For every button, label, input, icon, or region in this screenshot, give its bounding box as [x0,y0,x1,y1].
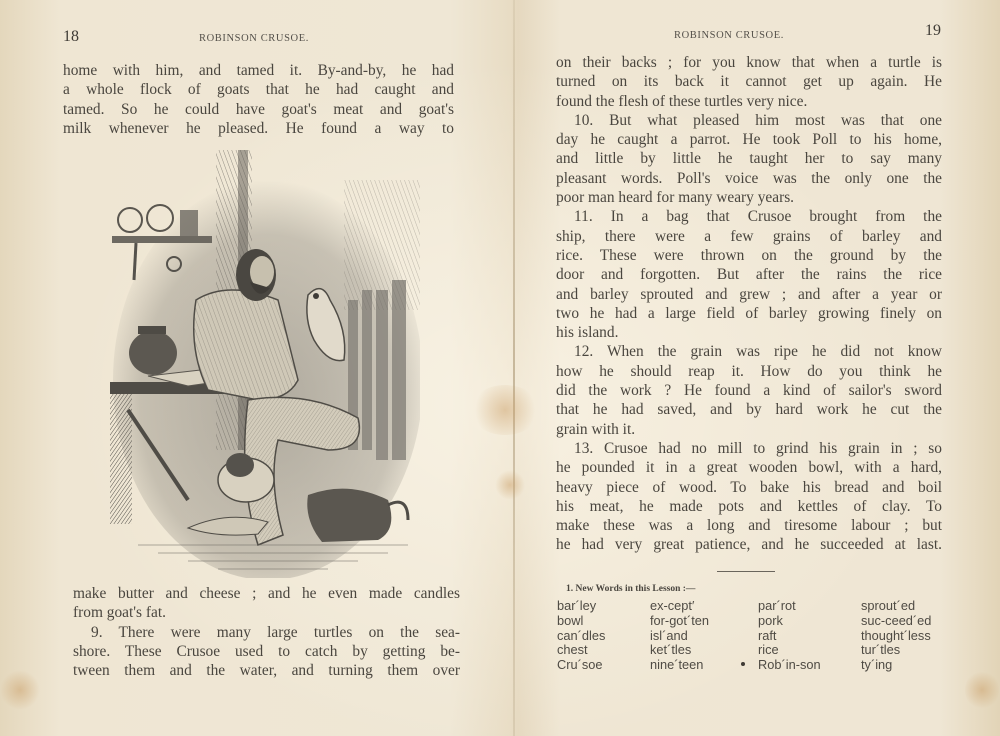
vocab-word: thought´less [861,629,931,644]
page-number: 18 [63,28,79,46]
running-head: ROBINSON CRUSOE. [199,33,309,44]
vocabulary-column: par´rot pork raft rice Rob´in-son [758,599,821,673]
vocab-word: tur´tles [861,643,931,658]
vocab-word: bar´ley [557,599,605,614]
right-body-text: on their backs ; for you know that when … [556,53,942,555]
vocab-word: raft [758,629,821,644]
running-head: ROBINSON CRUSOE. [674,30,784,41]
text-line: day he caught a parrot. He took Poll to … [556,130,942,149]
vocab-word: rice [758,643,821,658]
vocab-word: bowl [557,614,605,629]
vocab-word: can´dles [557,629,605,644]
vocab-word: suc-ceed´ed [861,614,931,629]
text-line: that he had saved, and by hard work he c… [556,400,942,419]
text-line: tween them and the water, and turning th… [73,661,460,680]
text-line: heavy piece of wood. To bake his bread a… [556,478,942,497]
left-top-text: home with him, and tamed it. By-and-by, … [63,61,454,138]
text-line: make butter and cheese ; and he even mad… [73,584,460,603]
text-line: and little by little he taught her to sa… [556,149,942,168]
vocab-word: ket´tles [650,643,709,658]
text-line: tamed. So he could have goat's meat and … [63,100,454,119]
text-line: from goat's fat. [73,603,460,622]
vocabulary-title: 1. New Words in this Lesson :— [566,584,695,594]
text-line: he pounded it in a great wooden bowl, wi… [556,458,942,477]
text-line: 9. There were many large turtles on the … [73,623,460,642]
ink-speck [741,662,745,666]
text-line: found the flesh of these turtles very ni… [556,92,942,111]
vocab-word: Rob´in-son [758,658,821,673]
text-line: grain with it. [556,420,942,439]
text-line: shore. These Crusoe used to catch by get… [73,642,460,661]
text-line: 10. But what pleased him most was that o… [556,111,942,130]
text-line: door and forgotten. But after the rains … [556,265,942,284]
text-line: 12. When the grain was ripe he did not k… [556,342,942,361]
text-line: pleasant words. Poll's voice was the onl… [556,169,942,188]
page-number: 19 [925,22,941,40]
vocab-word: par´rot [758,599,821,614]
text-line: 13. Crusoe had no mill to grind his grai… [556,439,942,458]
text-line: how he should reap it. How do you think … [556,362,942,381]
text-line: make these was a long and tiresome labou… [556,516,942,535]
text-line: two he had a large field of barley growi… [556,304,942,323]
vocab-word: for-got´ten [650,614,709,629]
text-line: a whole flock of goats that he had caugh… [63,80,454,99]
text-line: did the work ? He found a kind of sailor… [556,381,942,400]
vocabulary-column: sprout´ed suc-ceed´ed thought´less tur´t… [861,599,931,673]
text-line: milk whenever he pleased. He found a way… [63,119,454,138]
vocab-word: chest [557,643,605,658]
text-line: turned on its back it cannot get up agai… [556,72,942,91]
vocab-word: ty´ing [861,658,931,673]
text-line: his meat, he made pots and kettles of cl… [556,497,942,516]
text-line: home with him, and tamed it. By-and-by, … [63,61,454,80]
vocab-word: sprout´ed [861,599,931,614]
crusoe-engraving-illustration [108,150,420,578]
left-bottom-text: make butter and cheese ; and he even mad… [73,584,460,680]
book-spread: 18 ROBINSON CRUSOE. home with him, and t… [0,0,1000,736]
text-line: rice. These were thrown on the ground by… [556,246,942,265]
vocabulary-column: ex-cept′ for-got´ten isl´and ket´tles ni… [650,599,709,673]
text-line: and barley sprouted and grew ; and after… [556,285,942,304]
text-line: on their backs ; for you know that when … [556,53,942,72]
vocabulary-column: bar´ley bowl can´dles chest Cru´soe [557,599,605,673]
vocab-word: pork [758,614,821,629]
vocab-word: Cru´soe [557,658,605,673]
vocab-word: ex-cept′ [650,599,709,614]
text-line: poor man heard for many weary years. [556,188,942,207]
vocab-word: isl´and [650,629,709,644]
section-divider [717,571,775,572]
text-line: 11. In a bag that Crusoe brought from th… [556,207,942,226]
left-page: 18 ROBINSON CRUSOE. home with him, and t… [0,0,513,736]
text-line: his island. [556,323,942,342]
text-line: he had very great patience, and he succe… [556,535,942,554]
vocab-word: nine´teen [650,658,709,673]
text-line: ship, there were a few grains of barley … [556,227,942,246]
